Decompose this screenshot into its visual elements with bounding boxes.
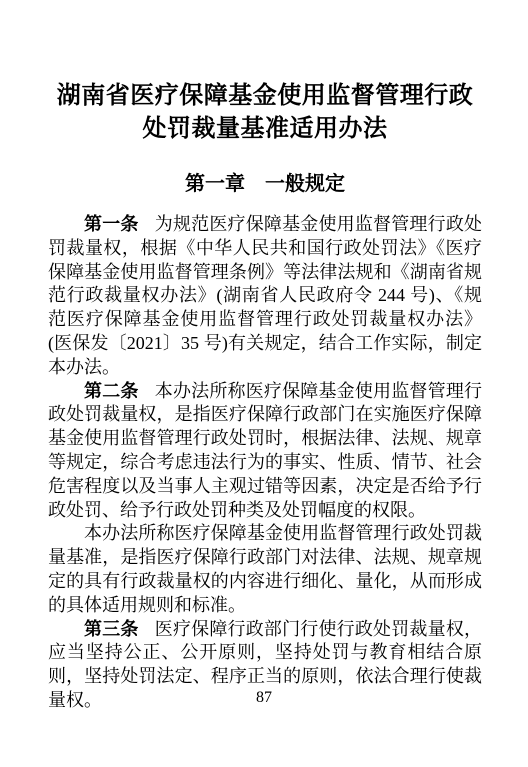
chapter-number: 第一章 — [185, 173, 245, 195]
document-body: 第一条为规范医疗保障基金使用监督管理行政处罚裁量权，根据《中华人民共和国行政处罚… — [48, 213, 482, 713]
article-1-text: 为规范医疗保障基金使用监督管理行政处罚裁量权，根据《中华人民共和国行政处罚法》《… — [48, 214, 482, 377]
chapter-heading: 第一章一般规定 — [48, 171, 482, 197]
document-title-line-1: 湖南省医疗保障基金使用监督管理行政 — [48, 80, 482, 113]
article-3-label: 第三条 — [84, 619, 139, 639]
article-2-continuation-text: 本办法所称医疗保障基金使用监督管理行政处罚裁量基准，是指医疗保障行政部门对法律、… — [48, 523, 482, 614]
document-page: 湖南省医疗保障基金使用监督管理行政 处罚裁量基准适用办法 第一章一般规定 第一条… — [0, 0, 528, 767]
article-2-label: 第二条 — [84, 381, 139, 401]
document-title-line-2: 处罚裁量基准适用办法 — [48, 113, 482, 146]
paragraph-article-2: 第二条本办法所称医疗保障基金使用监督管理行政处罚裁量权，是指医疗保障行政部门在实… — [48, 380, 482, 523]
paragraph-article-2-continuation: 本办法所称医疗保障基金使用监督管理行政处罚裁量基准，是指医疗保障行政部门对法律、… — [48, 522, 482, 617]
article-1-label: 第一条 — [84, 214, 139, 234]
paragraph-article-1: 第一条为规范医疗保障基金使用监督管理行政处罚裁量权，根据《中华人民共和国行政处罚… — [48, 213, 482, 380]
document-title: 湖南省医疗保障基金使用监督管理行政 处罚裁量基准适用办法 — [48, 80, 482, 146]
article-2-text: 本办法所称医疗保障基金使用监督管理行政处罚裁量权，是指医疗保障行政部门在实施医疗… — [48, 381, 482, 520]
page-number: 87 — [0, 689, 528, 707]
chapter-title: 一般规定 — [265, 173, 345, 195]
